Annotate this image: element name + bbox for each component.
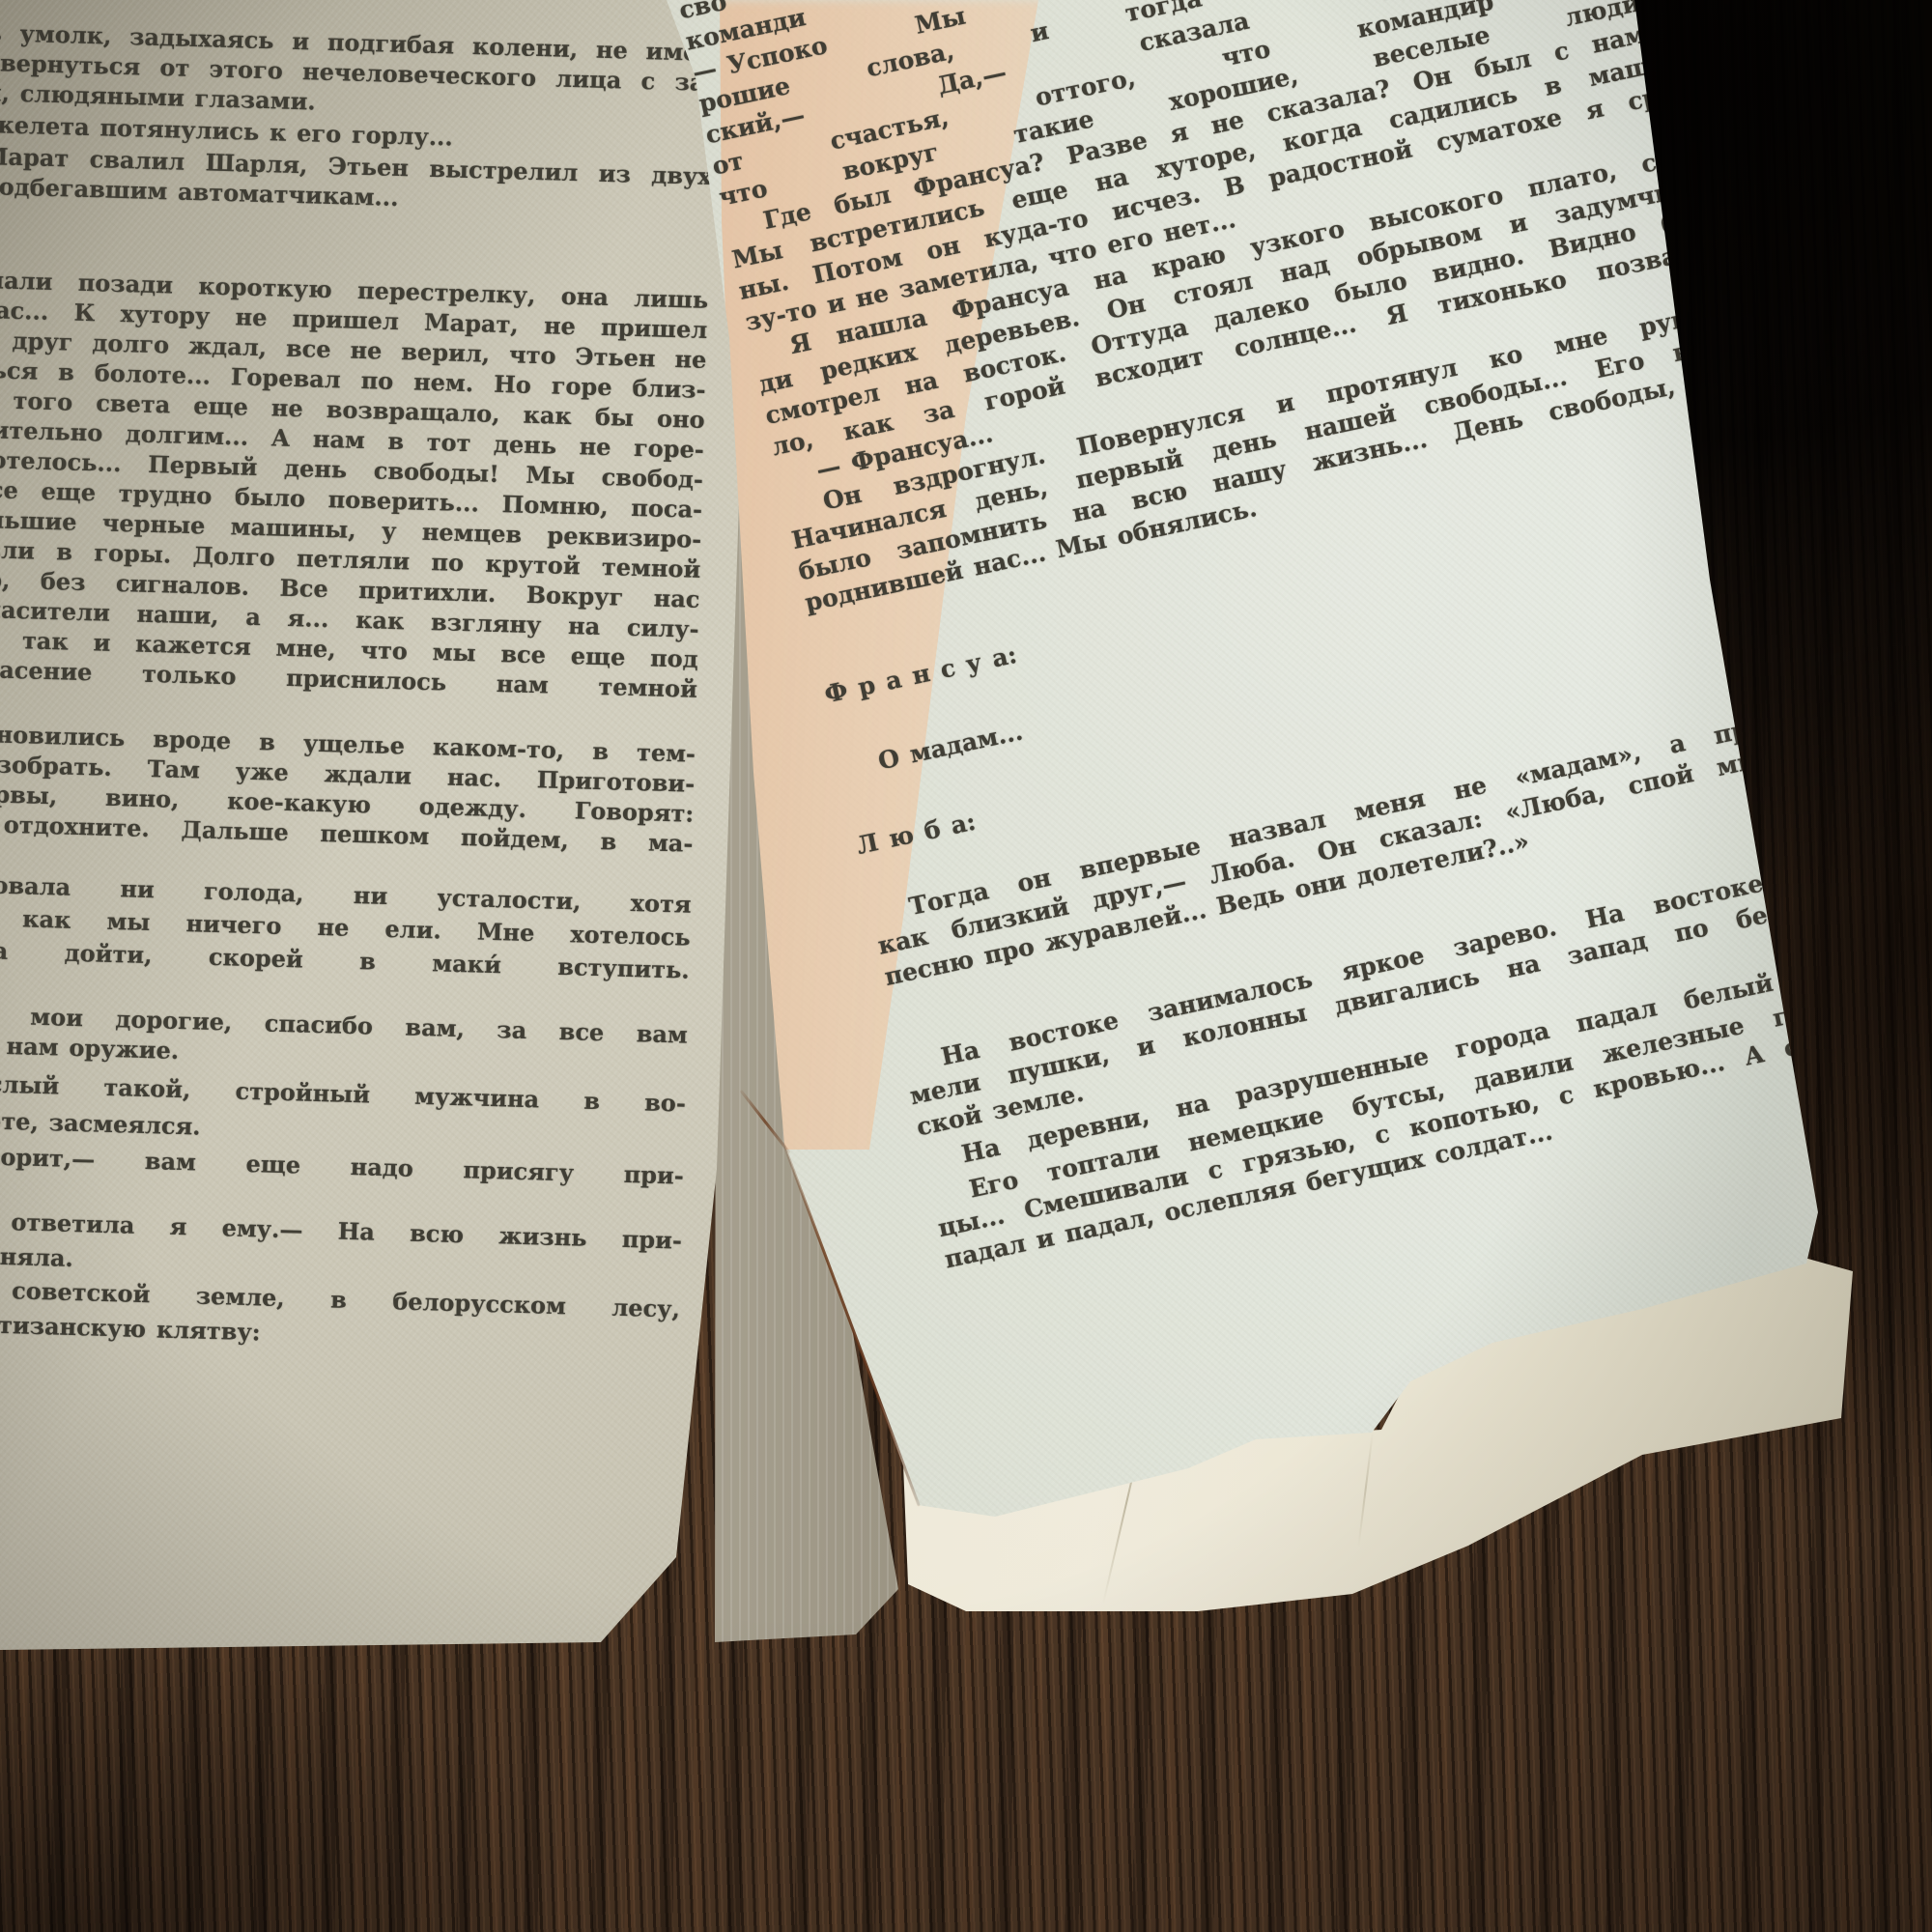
- wood-table: ь умолк, задыхаясь и подгибая колени, не…: [0, 0, 1932, 1932]
- left-page-text: ь умолк, задыхаясь и подгибая колени, не…: [0, 17, 716, 1359]
